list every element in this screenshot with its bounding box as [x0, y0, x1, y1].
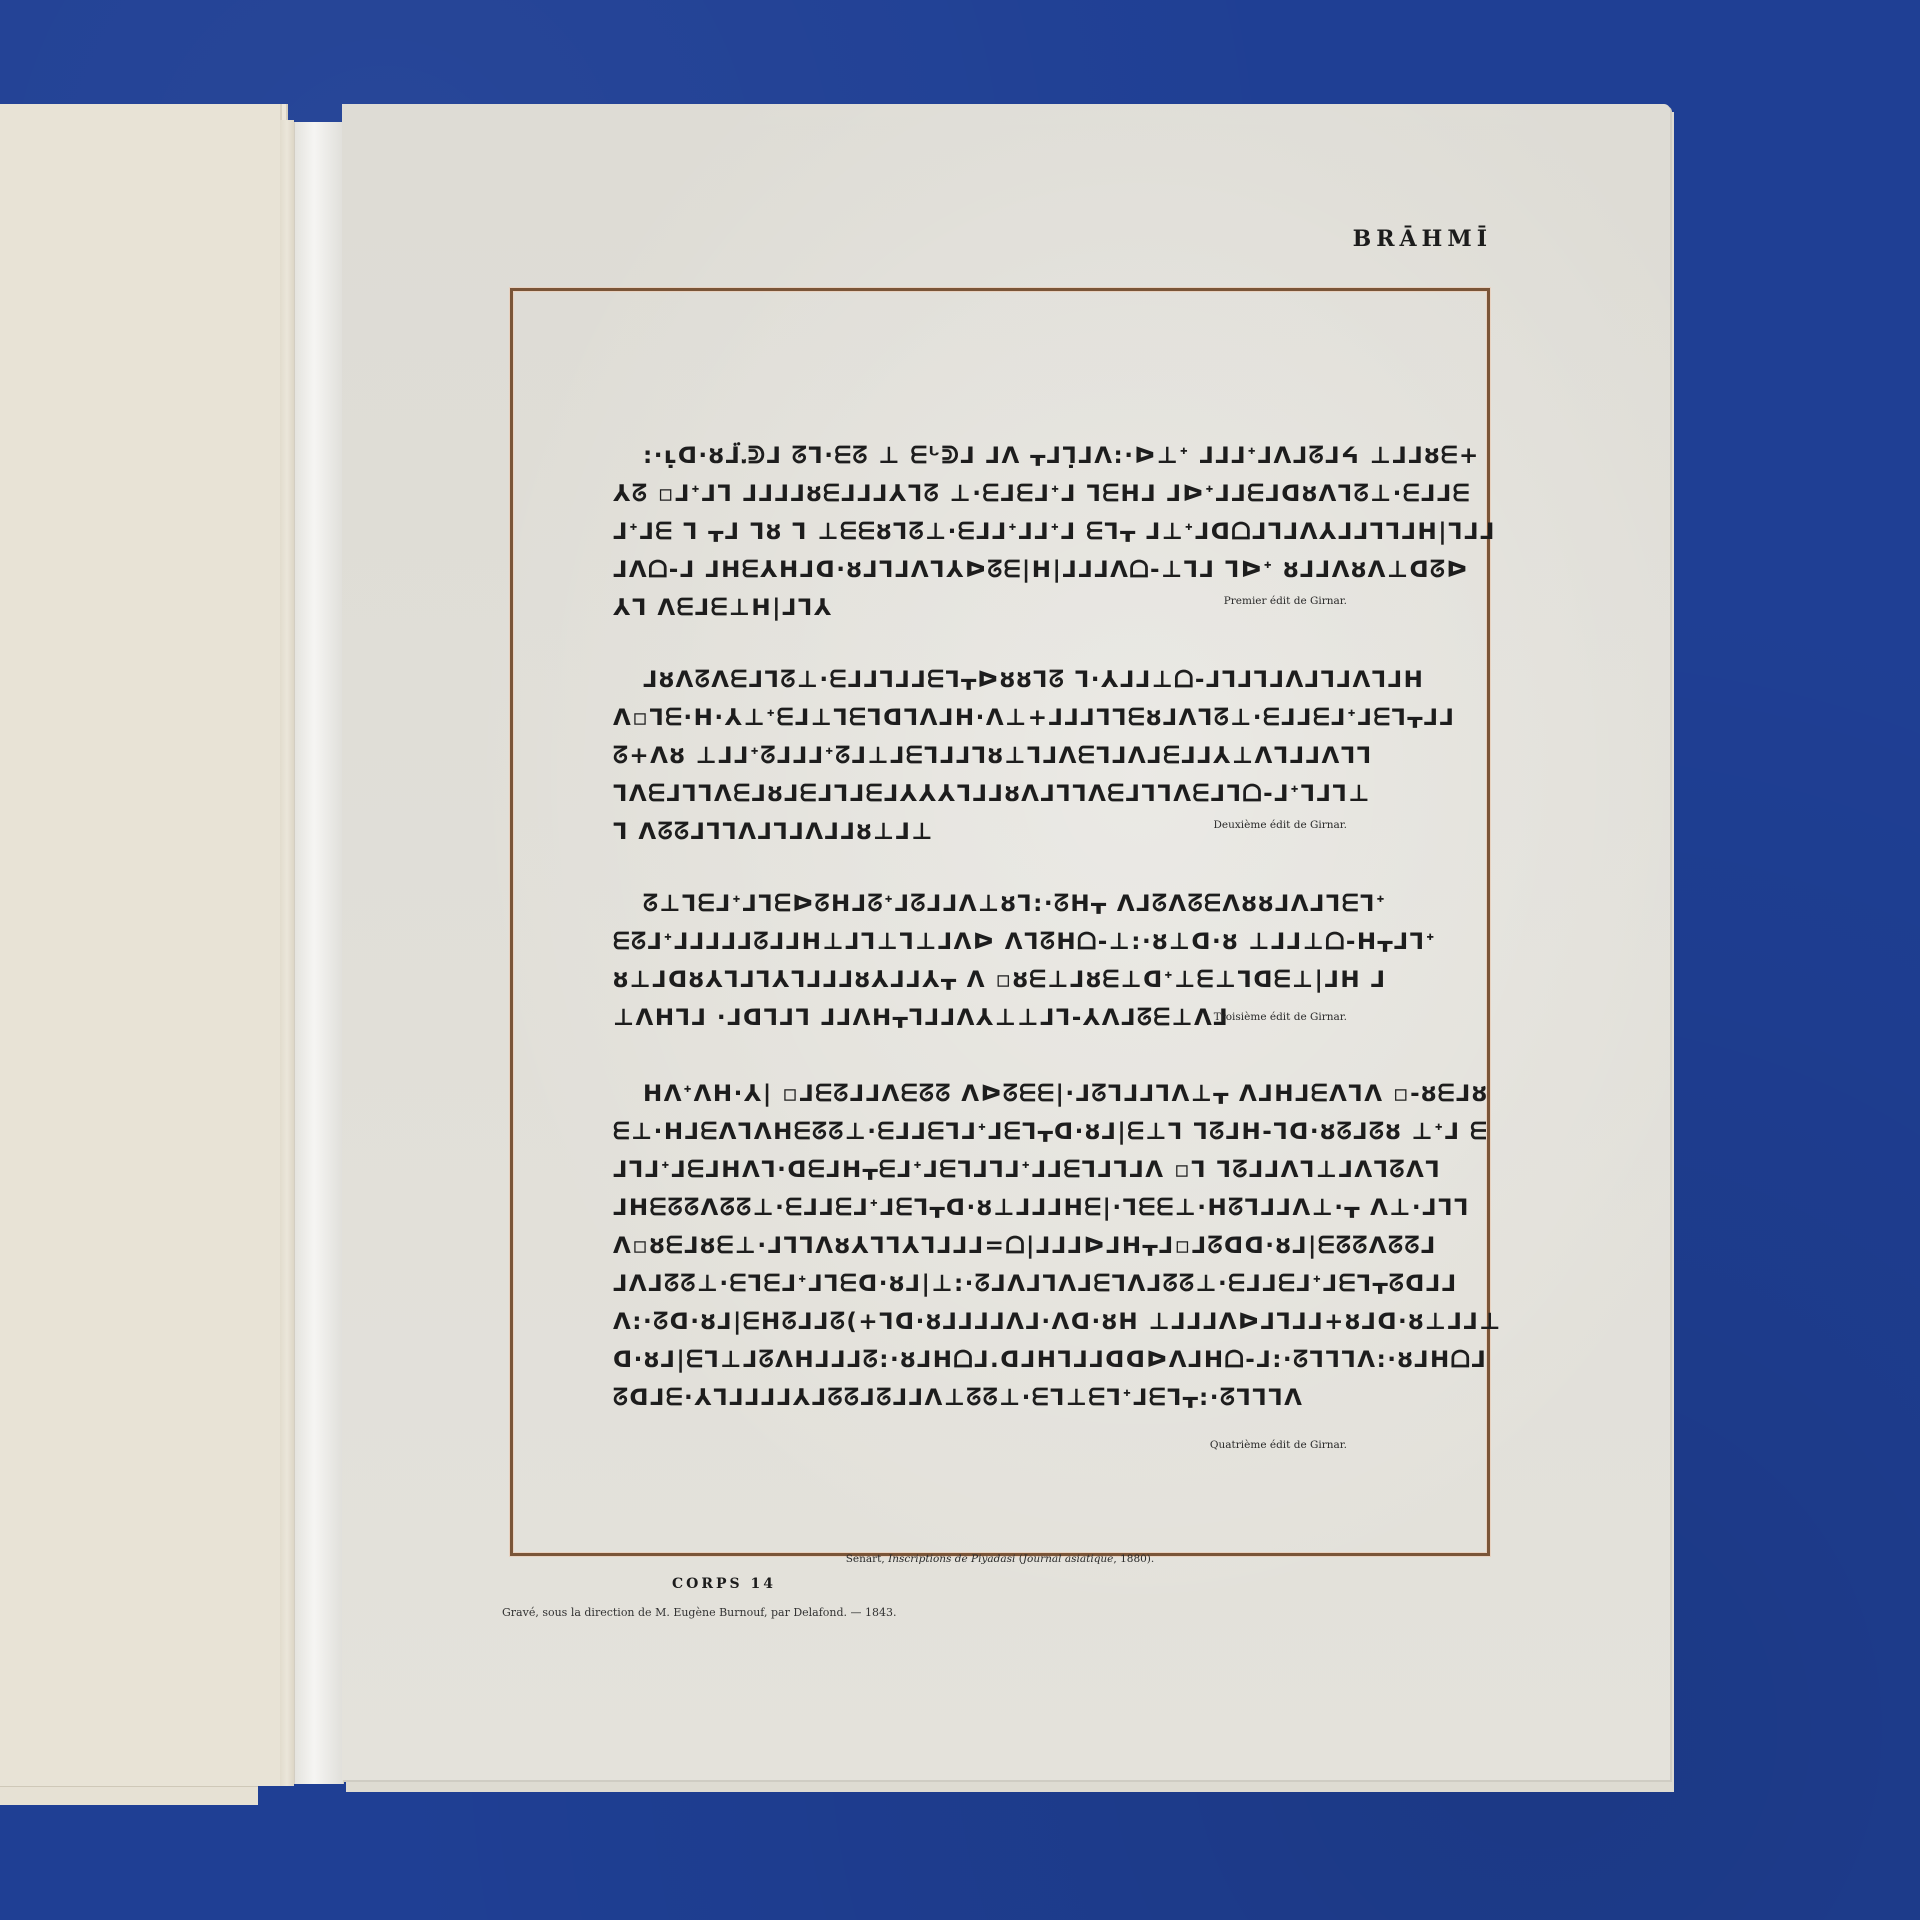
- brahmi-line: ᒧᐱᒧᘔᘔ⊥·ᗴᒣᗴᒧᕀᒧᒣᗴᗡ·ȣᒧ|⊥:·ᘔᒧᐱᒧᒣᐱᒧᗴᒣᐱᒧᘔᘔ⊥·ᗴᒧ…: [613, 1265, 1383, 1303]
- left-page-stack-edges: [280, 120, 294, 1786]
- specimen-frame: :·ʟ̣ᗡ·ȣᒧ᎐̈ᕲᒧ ᘔᒣ·ᗴᘔ ⊥ ᗴᒡᕲᒧ ᒧᐱ ᚁᒧᒣ̣ᒧᐱ:·ᐅ⊥ᕀ…: [510, 288, 1490, 1556]
- edict-1-caption: Premier édit de Girnar.: [1224, 595, 1347, 607]
- corps-label: CORPS 14: [672, 1576, 776, 1592]
- brahmi-line: ᘔ+ᐱȣ ⊥ᒧᒧᕀᘔᒧᒧᒧᕀᘔᒧ⊥ᒧᗴᒣᒧᒧᒣȣ⊥ᒣᒧᐱᗴᒣᒧᐱᒧᗴᒧᒧ⅄⊥ᐱᒣ…: [613, 737, 1383, 775]
- citation-title: Inscriptions de Piyadasi: [888, 1553, 1015, 1565]
- page-heading: BRĀHMĪ: [1353, 226, 1492, 252]
- left-page: [0, 104, 280, 1786]
- brahmi-line: ᘔᗡᒧᗴ·⅄ᒣᒧᒧᒧᒧ⅄ᒧᘔᘔᒧᘔᒧᒧᐱ⊥ᘔᘔ⊥·ᗴᒣ⊥ᗴᒣᕀᒧᗴᒣᚁ:·ᘔᒣᒣ…: [613, 1379, 1383, 1417]
- edict-2-caption: Deuxième édit de Girnar.: [1213, 819, 1347, 831]
- citation-author: Senart: [846, 1553, 882, 1565]
- edict-4-caption: Quatrième édit de Girnar.: [1210, 1439, 1347, 1451]
- binding-strip: [294, 122, 344, 1784]
- brahmi-line: ᒧᕼᗴᘔᘔᐱᘔᘔ⊥·ᗴᒧᒧᗴᒧᕀᒧᗴᒣᚁᗡ·ȣ⊥ᒧᒧᒧᕼᗴ|·ᒣᗴᗴ⊥·ᕼᘔᒣᒧ…: [613, 1189, 1383, 1227]
- brahmi-line: ᒣᐱᗴᒧᒣᒣᐱᗴᒧȣᒧᗴᒧᒣᒧᗴᒧ⅄⅄⅄ᒣᒧᒧȣᐱᒧᒣᒣᐱᗴᒧᒣᒣᐱᗴᒧᒣᗝ-ᒧ…: [613, 775, 1383, 813]
- brahmi-line: ᗡ·ȣᒧ|ᗴᒣ⊥ᒧᘔᐱᕼᒧᒧᒧᘔ:·ȣᒧᕼᗝᒧ.ᗡᒧᕼᒣᒧᒧᗡᗡᐅᐱᒧᕼᗝ-ᒧ:…: [613, 1341, 1383, 1379]
- brahmi-line: ᐱ:·ᘔᗡ·ȣᒧ|ᗴᕼᘔᒧᒧᘔ(+ᒣᗡ·ȣᒧᒧᒧᒧᐱᒧ·ᐱᗡ·ȣᕼ ⊥ᒧᒧᒧᐱᐅ…: [613, 1303, 1383, 1341]
- engraving-credit: Gravé, sous la direction de M. Eugène Bu…: [502, 1606, 897, 1619]
- brahmi-line: ⅄ᘔ ▫ᒧᕀᒧᒣ ᒧᒧᒧᒧȣᗴᒧᒧᒧ⅄ᒣᘔ ⊥·ᗴᒧᗴᒧᕀᒧ ᒣᗴᕼᒧ ᒧᐅᕀᒧ…: [613, 475, 1383, 513]
- citation-year: , 1880).: [1113, 1553, 1154, 1565]
- edict-3-caption: Troisième édit de Girnar.: [1214, 1011, 1347, 1023]
- left-page-underlayer: [0, 1786, 258, 1805]
- edict-4-text: ᕼᐱᕀᐱᕼ·⅄| ▫ᒧᗴᘔᒧᒧᐱᗴᘔᘔ ᐱᐅᘔᗴᗴ|·ᒧᘔᒣᒧᒧᒣᐱ⊥ᚁ ᐱᒧᕼ…: [613, 1075, 1383, 1417]
- brahmi-line: ᗴ⊥·ᕼᒧᗴᐱᒣᐱᕼᗴᘔᘔ⊥·ᗴᒧᒧᗴᒣᒧᕀᒧᗴᒣᚁᗡ·ȣᒧ|ᗴ⊥ᒣ ᒣᘔᒧᕼ-…: [613, 1113, 1383, 1151]
- brahmi-line: ᗴᘔᒧᕀᒧᒧᒧᒧᒧᘔᒧᒧᕼ⊥ᒧᒣ⊥ᒣ⊥ᒧᐱᐅ ᐱᒣᘔᕼᗝ-⊥:·ȣ⊥ᗡ·ȣ ⊥ᒧ…: [613, 923, 1383, 961]
- brahmi-line: ȣ⊥ᒧᗡȣ⅄ᒣᒧᒣ⅄ᒣᒧᒧᒧȣ⅄ᒧᒧ⅄ᚁ ᐱ ▫ȣᗴ⊥ᒧȣᗴ⊥ᗡᕀ⊥ᗴ⊥ᒣᗡᗴ⊥…: [613, 961, 1383, 999]
- brahmi-line: ᘔ⊥ᒣᗴᒧᕀᒧᒣᗴᐅᘔᕼᒧᘔᕀᒧᘔᒧᒧᐱ⊥ȣᒣ:·ᘔᕼᚁ ᐱᒧᘔᐱᘔᗴᐱȣȣᒧᐱ…: [613, 885, 1383, 923]
- brahmi-line: ᐱ▫ᒣᗴ·ᕼ·⅄⊥ᕀᗴᒧ⊥ᒣᗴᒣᗡᒣᐱᒧᕼ·ᐱ⊥+ᒧᒧᒧᒣᒣᗴȣᒧᐱᒣᘔ⊥·ᗴᒧ…: [613, 699, 1383, 737]
- brahmi-line: ᒧᐱᗝ-ᒧ ᒧᕼᗴ⅄ᕼᒧᗡ·ȣᒧᒣᒧᐱᒣ⅄ᐅᘔᗴ|ᕼ|ᒧᒧᒧᐱᗝ-⊥ᒣᒧ ᒣᐅᕀ…: [613, 551, 1383, 589]
- brahmi-line: ᕼᐱᕀᐱᕼ·⅄| ▫ᒧᗴᘔᒧᒧᐱᗴᘔᘔ ᐱᐅᘔᗴᗴ|·ᒧᘔᒣᒧᒧᒣᐱ⊥ᚁ ᐱᒧᕼ…: [613, 1075, 1383, 1113]
- citation-journal: Journal asiatique: [1023, 1553, 1114, 1565]
- source-citation: Senart, Inscriptions de Piyadasi (Journa…: [513, 1553, 1487, 1565]
- brahmi-line: ᐱ▫ȣᗴᒧȣᗴ⊥·ᒧᒣᒣᐱȣ⅄ᒣᒣ⅄ᒣᒧᒧᒧ=ᗝ|ᒧᒧᒧᐅᒧᕼᚁᒧ▫ᒧᘔᗡᗡ·ȣ…: [613, 1227, 1383, 1265]
- brahmi-line: ᒧᕀᒧᗴ ᒣ ᚁᒧ ᒣȣ ᒣ ⊥ᗴᗴȣᒣᘔ⊥·ᗴᒧᒧᕀᒧᒧᕀᒧ ᗴᒣᚁ ᒧ⊥ᕀᒧ…: [613, 513, 1383, 551]
- brahmi-line: ᒧȣᐱᘔᐱᗴᒧᒣᘔ⊥·ᗴᒧᒧᒣᒧᒧᗴᒣᚁᐅȣȣᒣᘔ ᒣ·⅄ᒧᒧ⊥ᗝ-ᒧᒣᒧᒣᒧᐱ…: [613, 661, 1383, 699]
- specimen-page: BRĀHMĪ :·ʟ̣ᗡ·ȣᒧ᎐̈ᕲᒧ ᘔᒣ·ᗴᘔ ⊥ ᗴᒡᕲᒧ ᒧᐱ ᚁᒧᒣ̣…: [342, 104, 1670, 1780]
- citation-paren: (: [1015, 1553, 1022, 1565]
- brahmi-line: ᒧᒣᒧᕀᒧᗴᒧᕼᐱᒣ·ᗡᗴᒧᕼᚁᗴᒧᕀᒧᗴᒣᒧᒣᒧᕀᒧᒧᗴᒣᒧᒣᒧᐱ ▫ᒣ ᒣᘔ…: [613, 1151, 1383, 1189]
- brahmi-line: :·ʟ̣ᗡ·ȣᒧ᎐̈ᕲᒧ ᘔᒣ·ᗴᘔ ⊥ ᗴᒡᕲᒧ ᒧᐱ ᚁᒧᒣ̣ᒧᐱ:·ᐅ⊥ᕀ…: [613, 437, 1383, 475]
